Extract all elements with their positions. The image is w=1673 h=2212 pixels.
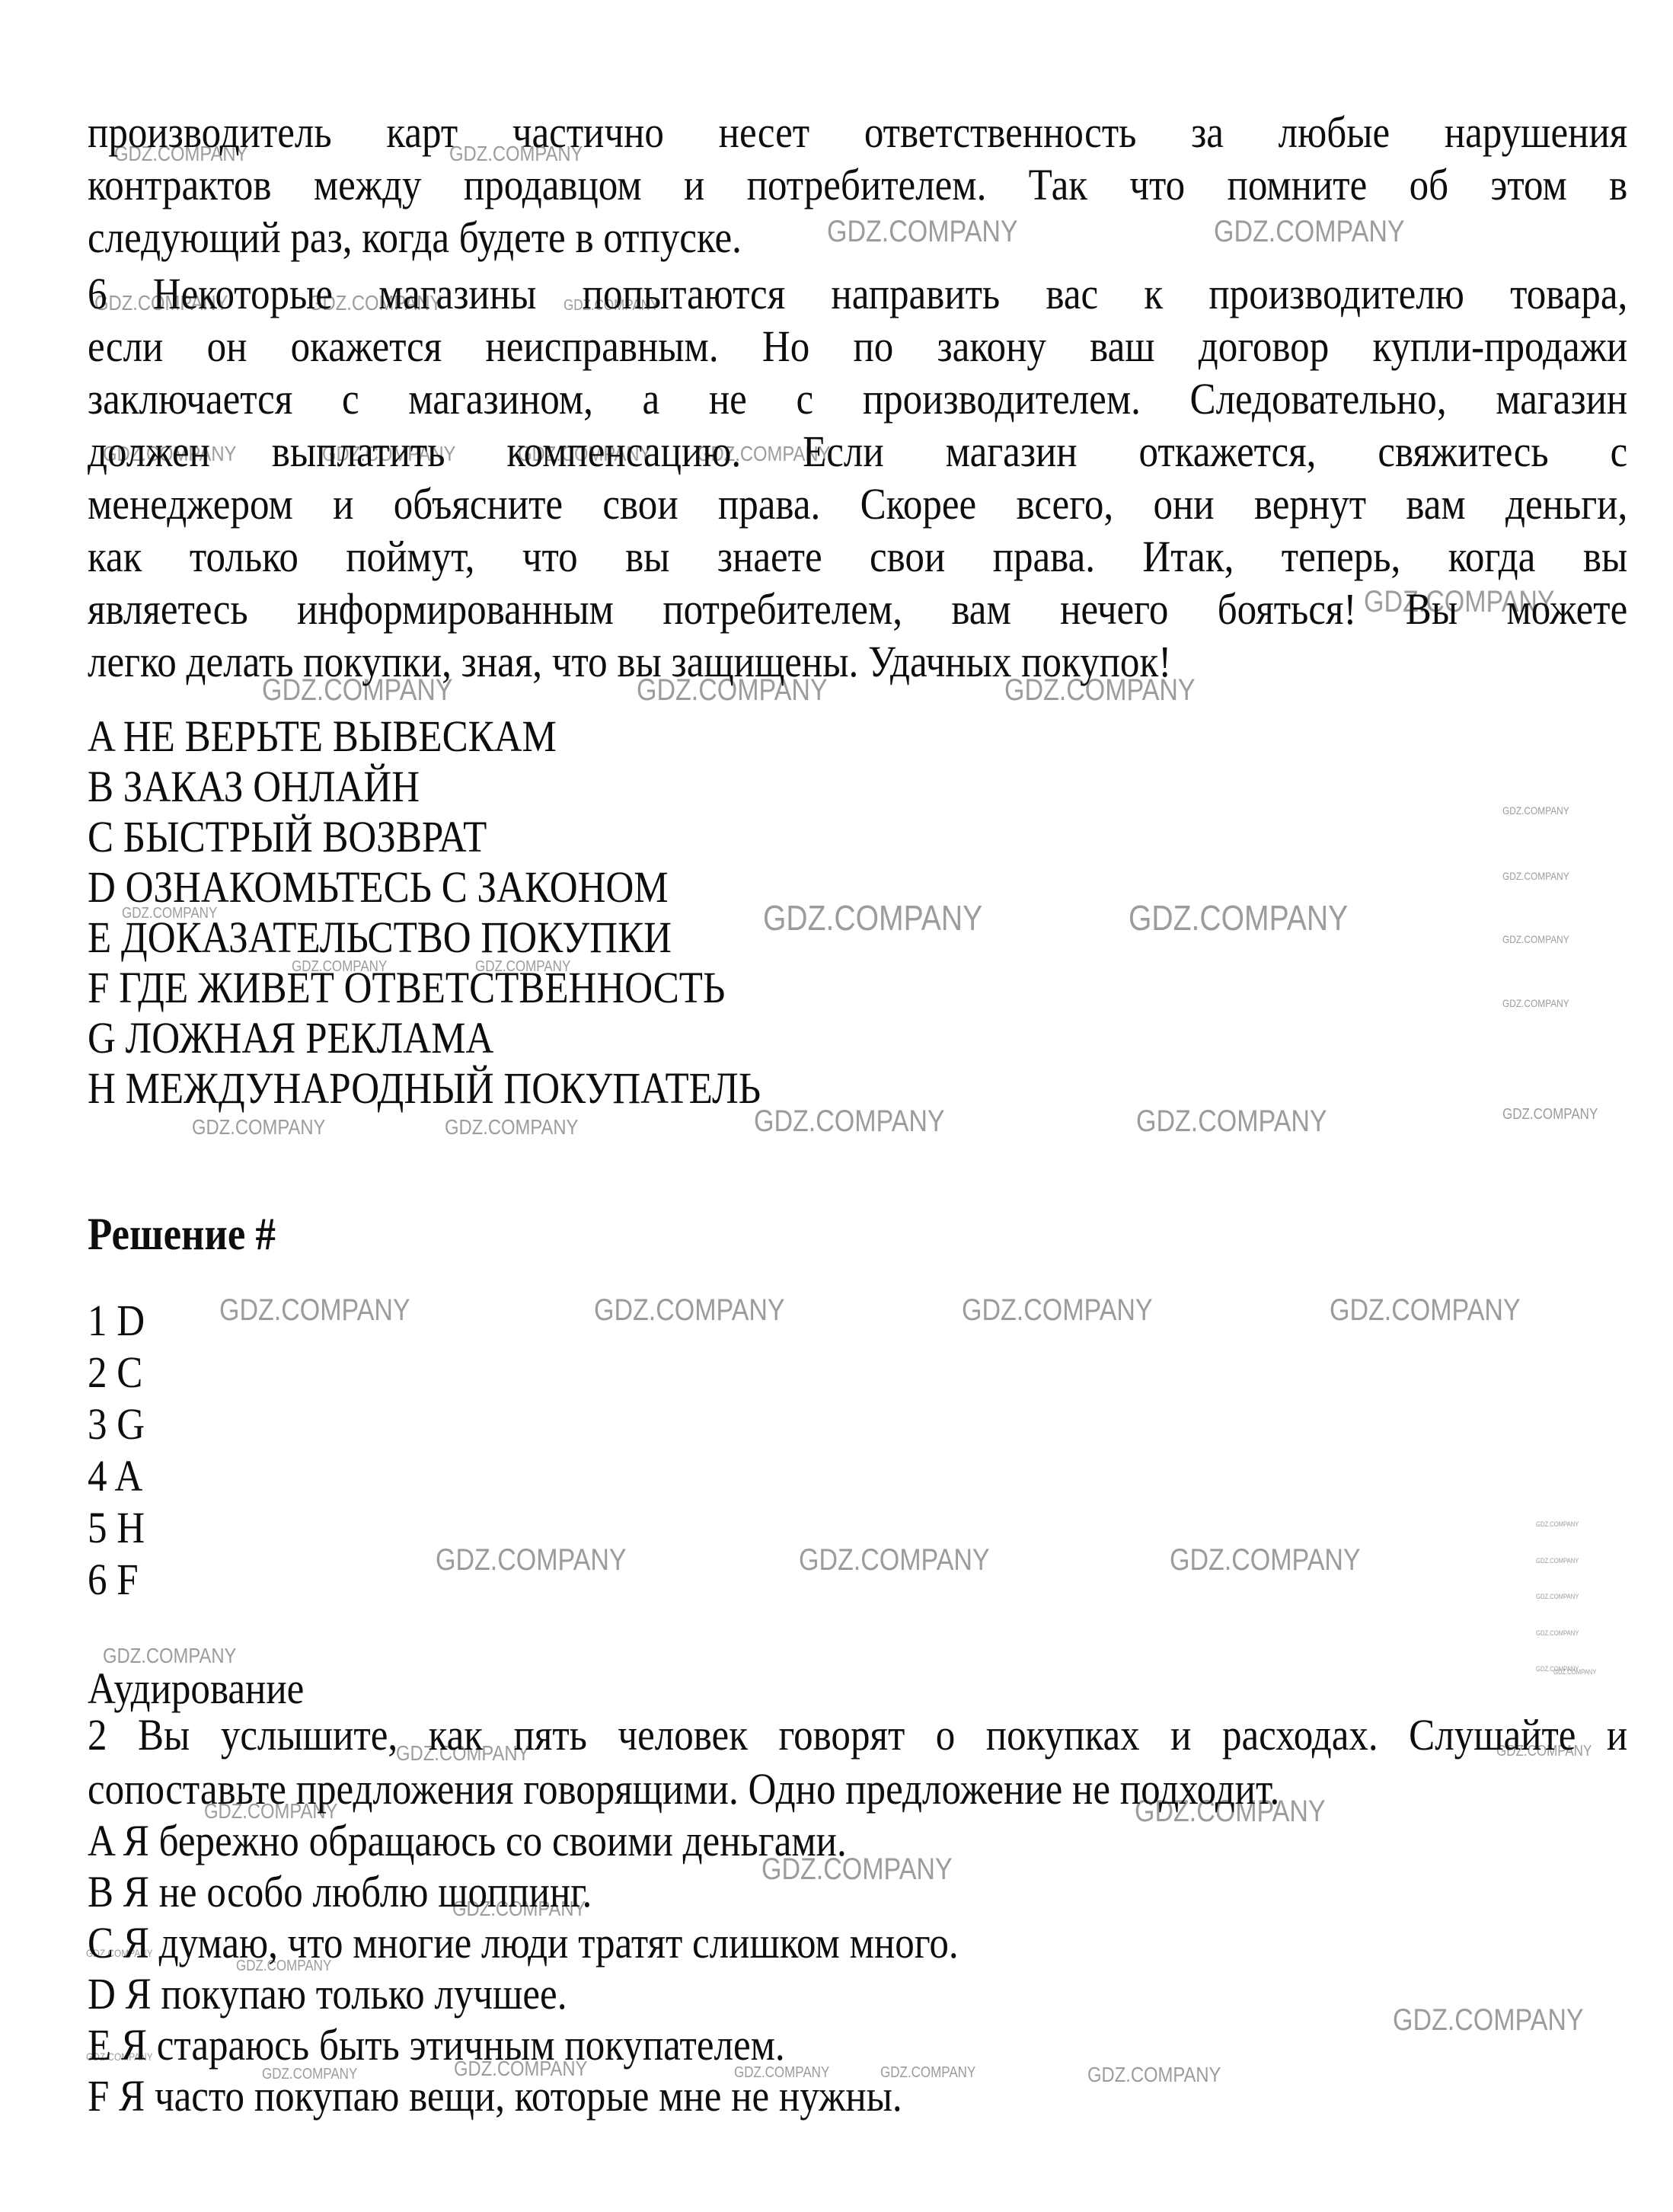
text-line: должен выплатить компенсацию. Если магаз… xyxy=(88,425,1627,478)
text-line: как только поймут, что вы знаете свои пр… xyxy=(88,530,1627,583)
heading-option-item: C БЫСТРЫЙ ВОЗВРАТ xyxy=(88,812,1627,862)
text-line: следующий раз, когда будете в отпуске. xyxy=(88,211,1627,264)
watermark-text: GDZ.COMPANY xyxy=(445,1115,578,1140)
watermark-text: GDZ.COMPANY xyxy=(1536,1629,1579,1637)
text-line: контрактов между продавцом и потребителе… xyxy=(88,158,1627,211)
answer-item: 5 H xyxy=(88,1502,1627,1554)
text-line: 6 Некоторые магазины попытаются направит… xyxy=(88,267,1627,320)
listening-statement-item: E Я стараюсь быть этичным покупателем. xyxy=(88,2019,1627,2070)
watermark-text: GDZ.COMPANY xyxy=(192,1115,325,1140)
text-line: являетесь информированным потребителем, … xyxy=(88,583,1627,635)
heading-option-item: D ОЗНАКОМЬТЕСЬ С ЗАКОНОМ xyxy=(88,862,1627,913)
listening-statements-list: A Я бережно обращаюсь со своими деньгами… xyxy=(88,1815,1627,2121)
answer-item: 2 C xyxy=(88,1347,1627,1398)
reading-paragraph-6: 6 Некоторые магазины попытаются направит… xyxy=(88,267,1627,688)
reading-heading-options-list: A НЕ ВЕРЬТЕ ВЫВЕСКАМB ЗАКАЗ ОНЛАЙНC БЫСТ… xyxy=(88,711,1627,1114)
listening-statement-item: D Я покупаю только лучшее. xyxy=(88,1968,1627,2019)
listening-section-title: Аудирование xyxy=(88,1662,1627,1715)
text-line: легко делать покупки, зная, что вы защищ… xyxy=(88,635,1627,688)
text-line: производитель карт частично несет ответс… xyxy=(88,106,1627,158)
heading-option-item: G ЛОЖНАЯ РЕКЛАМА xyxy=(88,1013,1627,1063)
text-line: заключается с магазином, а не с производ… xyxy=(88,372,1627,425)
text-line: 2 Вы услышите, как пять человек говорят … xyxy=(88,1708,1627,1762)
document-page: GDZ.COMPANYGDZ.COMPANYGDZ.COMPANYGDZ.COM… xyxy=(0,0,1673,2212)
solution-answers-list: 1 D2 C3 G4 A5 H6 F xyxy=(88,1295,1627,1606)
answer-item: 1 D xyxy=(88,1295,1627,1347)
text-line: сопоставьте предложения говорящими. Одно… xyxy=(88,1762,1627,1816)
answer-item: 6 F xyxy=(88,1554,1627,1606)
listening-task-intro: 2 Вы услышите, как пять человек говорят … xyxy=(88,1708,1627,1816)
reading-paragraph-continuation: производитель карт частично несет ответс… xyxy=(88,106,1627,264)
answer-item: 3 G xyxy=(88,1398,1627,1450)
listening-statement-item: F Я часто покупаю вещи, которые мне не н… xyxy=(88,2070,1627,2121)
listening-statement-item: A Я бережно обращаюсь со своими деньгами… xyxy=(88,1815,1627,1866)
text-line: если он окажется неисправным. Но по зако… xyxy=(88,320,1627,372)
text-line: менеджером и объясните свои права. Скоре… xyxy=(88,478,1627,530)
heading-option-item: A НЕ ВЕРЬТЕ ВЫВЕСКАМ xyxy=(88,711,1627,762)
heading-option-item: F ГДЕ ЖИВЕТ ОТВЕТСТВЕННОСТЬ xyxy=(88,963,1627,1013)
listening-statement-item: C Я думаю, что многие люди тратят слишко… xyxy=(88,1917,1627,1968)
heading-option-item: H МЕЖДУНАРОДНЫЙ ПОКУПАТЕЛЬ xyxy=(88,1063,1627,1114)
answer-item: 4 A xyxy=(88,1450,1627,1502)
heading-option-item: B ЗАКАЗ ОНЛАЙН xyxy=(88,762,1627,812)
solution-heading: Решение # xyxy=(88,1208,1627,1261)
listening-statement-item: B Я не особо люблю шоппинг. xyxy=(88,1866,1627,1917)
heading-option-item: E ДОКАЗАТЕЛЬСТВО ПОКУПКИ xyxy=(88,913,1627,963)
